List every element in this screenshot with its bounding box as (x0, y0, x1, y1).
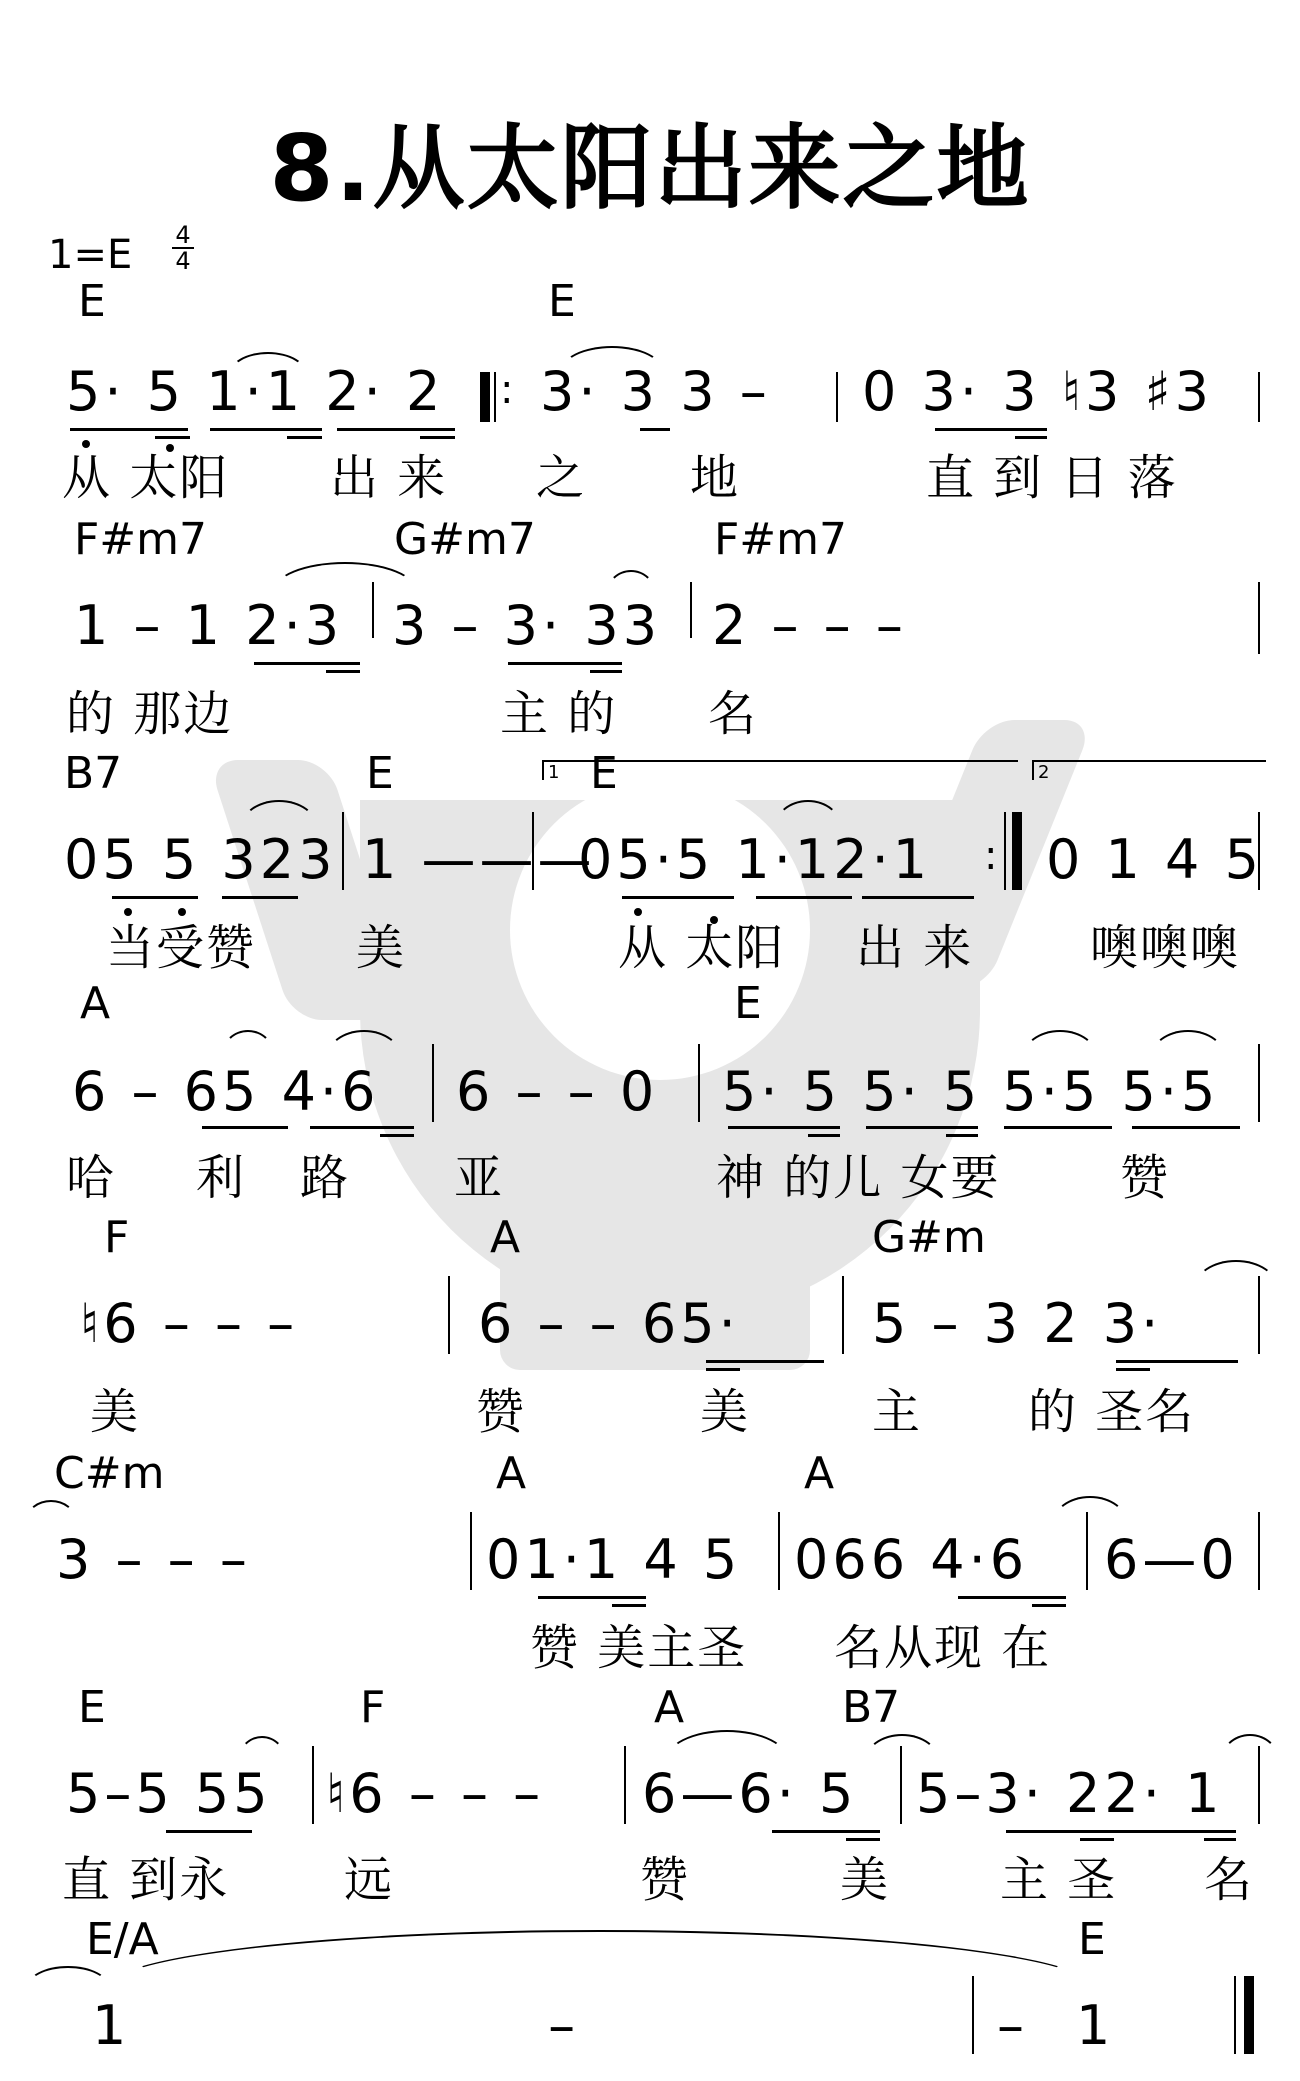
barline (836, 372, 838, 422)
underline (1004, 1126, 1112, 1129)
measure-notes: 6 – – 0 (456, 1062, 658, 1122)
barline (698, 1044, 700, 1122)
measure-notes: 2 – – – (712, 596, 907, 656)
measure-notes: 05·5 1·12·1 (578, 830, 931, 890)
chord: F#m7 (714, 518, 847, 562)
underline (310, 1126, 414, 1129)
song-title: 8.从太阳出来之地 (0, 95, 1300, 227)
chord: E (78, 280, 106, 324)
measure-notes: 1 ——— (362, 830, 596, 890)
underline (808, 1134, 840, 1137)
lyric: 哈 (66, 1150, 116, 1206)
measure-notes: ♮6 – – – (326, 1764, 544, 1824)
underline (935, 428, 1047, 431)
lyric: 赞 美主圣 (530, 1620, 747, 1676)
underline (1132, 1126, 1240, 1129)
lyric: 赞 (1120, 1150, 1170, 1206)
low-octave-dot (82, 440, 90, 448)
lyric: 地 (690, 450, 740, 506)
measure-notes: 3 – 3· 33 (392, 596, 661, 656)
chord: G#m (872, 1216, 986, 1260)
measure-notes: 1 – 1 2·3 (74, 596, 343, 656)
underline (1116, 1368, 1150, 1371)
underline (946, 1134, 978, 1137)
underline (202, 1126, 288, 1129)
underline (706, 1368, 740, 1371)
chord: G#m7 (394, 518, 536, 562)
underline (590, 670, 622, 673)
measure-notes: 5–3· 22· 1 (916, 1764, 1223, 1824)
chord: A (804, 1452, 834, 1496)
measure-notes: 5–5 55 (66, 1764, 272, 1824)
tie-arc (1150, 1030, 1226, 1058)
lyric: 亚 (454, 1150, 504, 1206)
lyric: 出 来 (856, 920, 973, 976)
lyric: 远 (344, 1852, 394, 1908)
volta-number: 1 (548, 762, 559, 783)
underline (640, 428, 670, 431)
lyric: 主 圣 (1000, 1852, 1117, 1908)
chord: C#m (54, 1452, 164, 1496)
barline (778, 1512, 780, 1590)
volta-number: 2 (1038, 762, 1049, 783)
repeat-start-barline (480, 372, 490, 422)
underline (1032, 1604, 1066, 1607)
underline (538, 1596, 646, 1599)
time-signature-bottom: 4 (175, 247, 190, 275)
barline (1258, 1512, 1260, 1590)
underline (862, 896, 974, 899)
tie-arc (1022, 1030, 1098, 1058)
measure-notes: 066 4·6 (794, 1530, 1028, 1590)
tie-arc (1220, 1734, 1280, 1762)
barline (494, 372, 496, 422)
barline (1258, 1044, 1260, 1122)
lyric: 从 太阳 (618, 920, 785, 976)
measure-notes: 3 – – – (56, 1530, 251, 1590)
underline (612, 1604, 646, 1607)
barline (1258, 372, 1260, 422)
tie-arc (26, 1500, 76, 1520)
lyric: 名从现 在 (834, 1620, 1051, 1676)
tie-arc (606, 570, 656, 594)
tie-arc (664, 1730, 790, 1762)
underline (1015, 436, 1047, 439)
chord: E (78, 1686, 106, 1730)
measure-notes: ♮6 – – – (80, 1294, 298, 1354)
underline (287, 436, 322, 439)
tie-arc (560, 346, 664, 372)
chord: A (80, 982, 110, 1026)
underline (508, 662, 622, 665)
underline (706, 1360, 824, 1363)
measure-notes: 5 – 3 2 3· (872, 1294, 1162, 1354)
measure-notes: 05 5 323 (64, 830, 336, 890)
lyric: 当受赞 (106, 920, 256, 976)
chord: F (360, 1686, 385, 1730)
measure-notes: 5· 5 5· 5 5·5 5·5 (722, 1062, 1219, 1122)
tie-arc (272, 562, 418, 592)
lyric: 之 (536, 450, 586, 506)
underline (1204, 1838, 1236, 1841)
chord: F (104, 1216, 129, 1260)
measure-notes: 1 – – – (92, 1996, 1300, 2056)
chord: E (548, 280, 576, 324)
lyric: 主 的 (500, 686, 617, 742)
lyric: 赞 (476, 1384, 526, 1440)
measure-notes: 6 – 65 4·6 (72, 1062, 379, 1122)
final-barline-thick (1244, 1976, 1254, 2054)
lyric: 名 (1204, 1852, 1254, 1908)
barline (342, 812, 344, 890)
lyric: 赞 (640, 1852, 690, 1908)
lyric: 名 (708, 686, 758, 742)
measure-notes: 0 1 4 5 (1046, 830, 1263, 890)
lyric: 的 那边 (66, 686, 233, 742)
lyric: 美 (840, 1852, 890, 1908)
low-octave-dot (634, 908, 642, 916)
measure-notes: 6—6· 5 (642, 1764, 857, 1824)
lyric: 主 (872, 1384, 922, 1440)
underline (112, 896, 198, 899)
chord: B7 (842, 1686, 900, 1730)
chord: A (490, 1216, 520, 1260)
underline (254, 662, 360, 665)
underline (337, 428, 455, 431)
tie-arc (222, 1030, 274, 1054)
tie-arc (26, 1966, 110, 1988)
underline (866, 1126, 978, 1129)
underline (70, 428, 188, 431)
underline (728, 1126, 840, 1129)
underline (210, 428, 322, 431)
lyric: 出 来 (330, 450, 447, 506)
key-signature: 1=E (48, 232, 132, 278)
measure-notes: 0 3· 3 ♮3 ♯3 (862, 362, 1213, 422)
underline (622, 896, 734, 899)
barline (432, 1044, 434, 1122)
low-octave-dot (124, 908, 132, 916)
chord: E (1078, 1918, 1106, 1962)
underline (380, 1134, 414, 1137)
barline (842, 1276, 844, 1354)
repeat-dots: : (984, 826, 1001, 886)
barline (312, 1746, 314, 1824)
measure-notes: 1 (1076, 1996, 1114, 2056)
chord: E (734, 982, 762, 1026)
underline (1080, 1838, 1114, 1841)
lyric: 神 的儿 女要 (716, 1150, 1001, 1206)
tie-arc (1052, 1496, 1128, 1524)
chord: B7 (64, 752, 122, 796)
time-signature-top: 4 (175, 221, 190, 249)
lyric: 噢噢噢 (1090, 920, 1240, 976)
tie-arc (864, 1734, 940, 1762)
volta-bracket-2: 2 (1032, 760, 1266, 780)
underline (1116, 1360, 1238, 1363)
long-tie-arc (106, 1930, 1094, 1988)
barline (470, 1512, 472, 1590)
barline (1258, 582, 1260, 654)
chord: E (590, 752, 618, 796)
underline (772, 1830, 880, 1833)
measure-notes: 6 – – 65· (478, 1294, 740, 1354)
tie-arc (238, 1736, 286, 1760)
chord: A (496, 1452, 526, 1496)
repeat-end-barline (1012, 812, 1022, 890)
lyric: 直 到永 (62, 1852, 229, 1908)
lyric: 的 圣名 (1028, 1384, 1195, 1440)
time-signature: 4 4 (172, 224, 194, 272)
underline (166, 1830, 252, 1833)
underline (846, 1838, 880, 1841)
barline (972, 1976, 974, 2054)
barline (532, 812, 534, 890)
underline (420, 436, 455, 439)
tie-arc (228, 352, 308, 376)
final-barline-thin (1234, 1976, 1236, 2054)
lyric: 美 (356, 920, 406, 976)
barline (448, 1276, 450, 1354)
lyric: 直 到 日 落 (926, 450, 1178, 506)
chord: E (366, 752, 394, 796)
measure-notes: 6—0 (1104, 1530, 1239, 1590)
underline (1006, 1830, 1236, 1833)
barline (690, 582, 692, 638)
chord: A (654, 1686, 684, 1730)
chord: F#m7 (74, 518, 207, 562)
chord: E/A (86, 1918, 159, 1962)
measure-notes: 01·1 4 5 (486, 1530, 741, 1590)
underline (222, 896, 298, 899)
repeat-dots: : (500, 360, 517, 420)
lyric: 路 (300, 1150, 350, 1206)
low-octave-dot (178, 908, 186, 916)
barline (624, 1746, 626, 1824)
lyric: 从 太阳 (62, 450, 229, 506)
barline (1004, 812, 1006, 890)
underline (958, 1596, 1066, 1599)
lyric: 美 (700, 1384, 750, 1440)
underline (756, 896, 852, 899)
barline (1258, 812, 1260, 890)
lyric: 美 (90, 1384, 140, 1440)
underline (326, 670, 360, 673)
tie-arc (1194, 1260, 1278, 1288)
lyric: 利 (196, 1150, 246, 1206)
underline (155, 436, 190, 439)
